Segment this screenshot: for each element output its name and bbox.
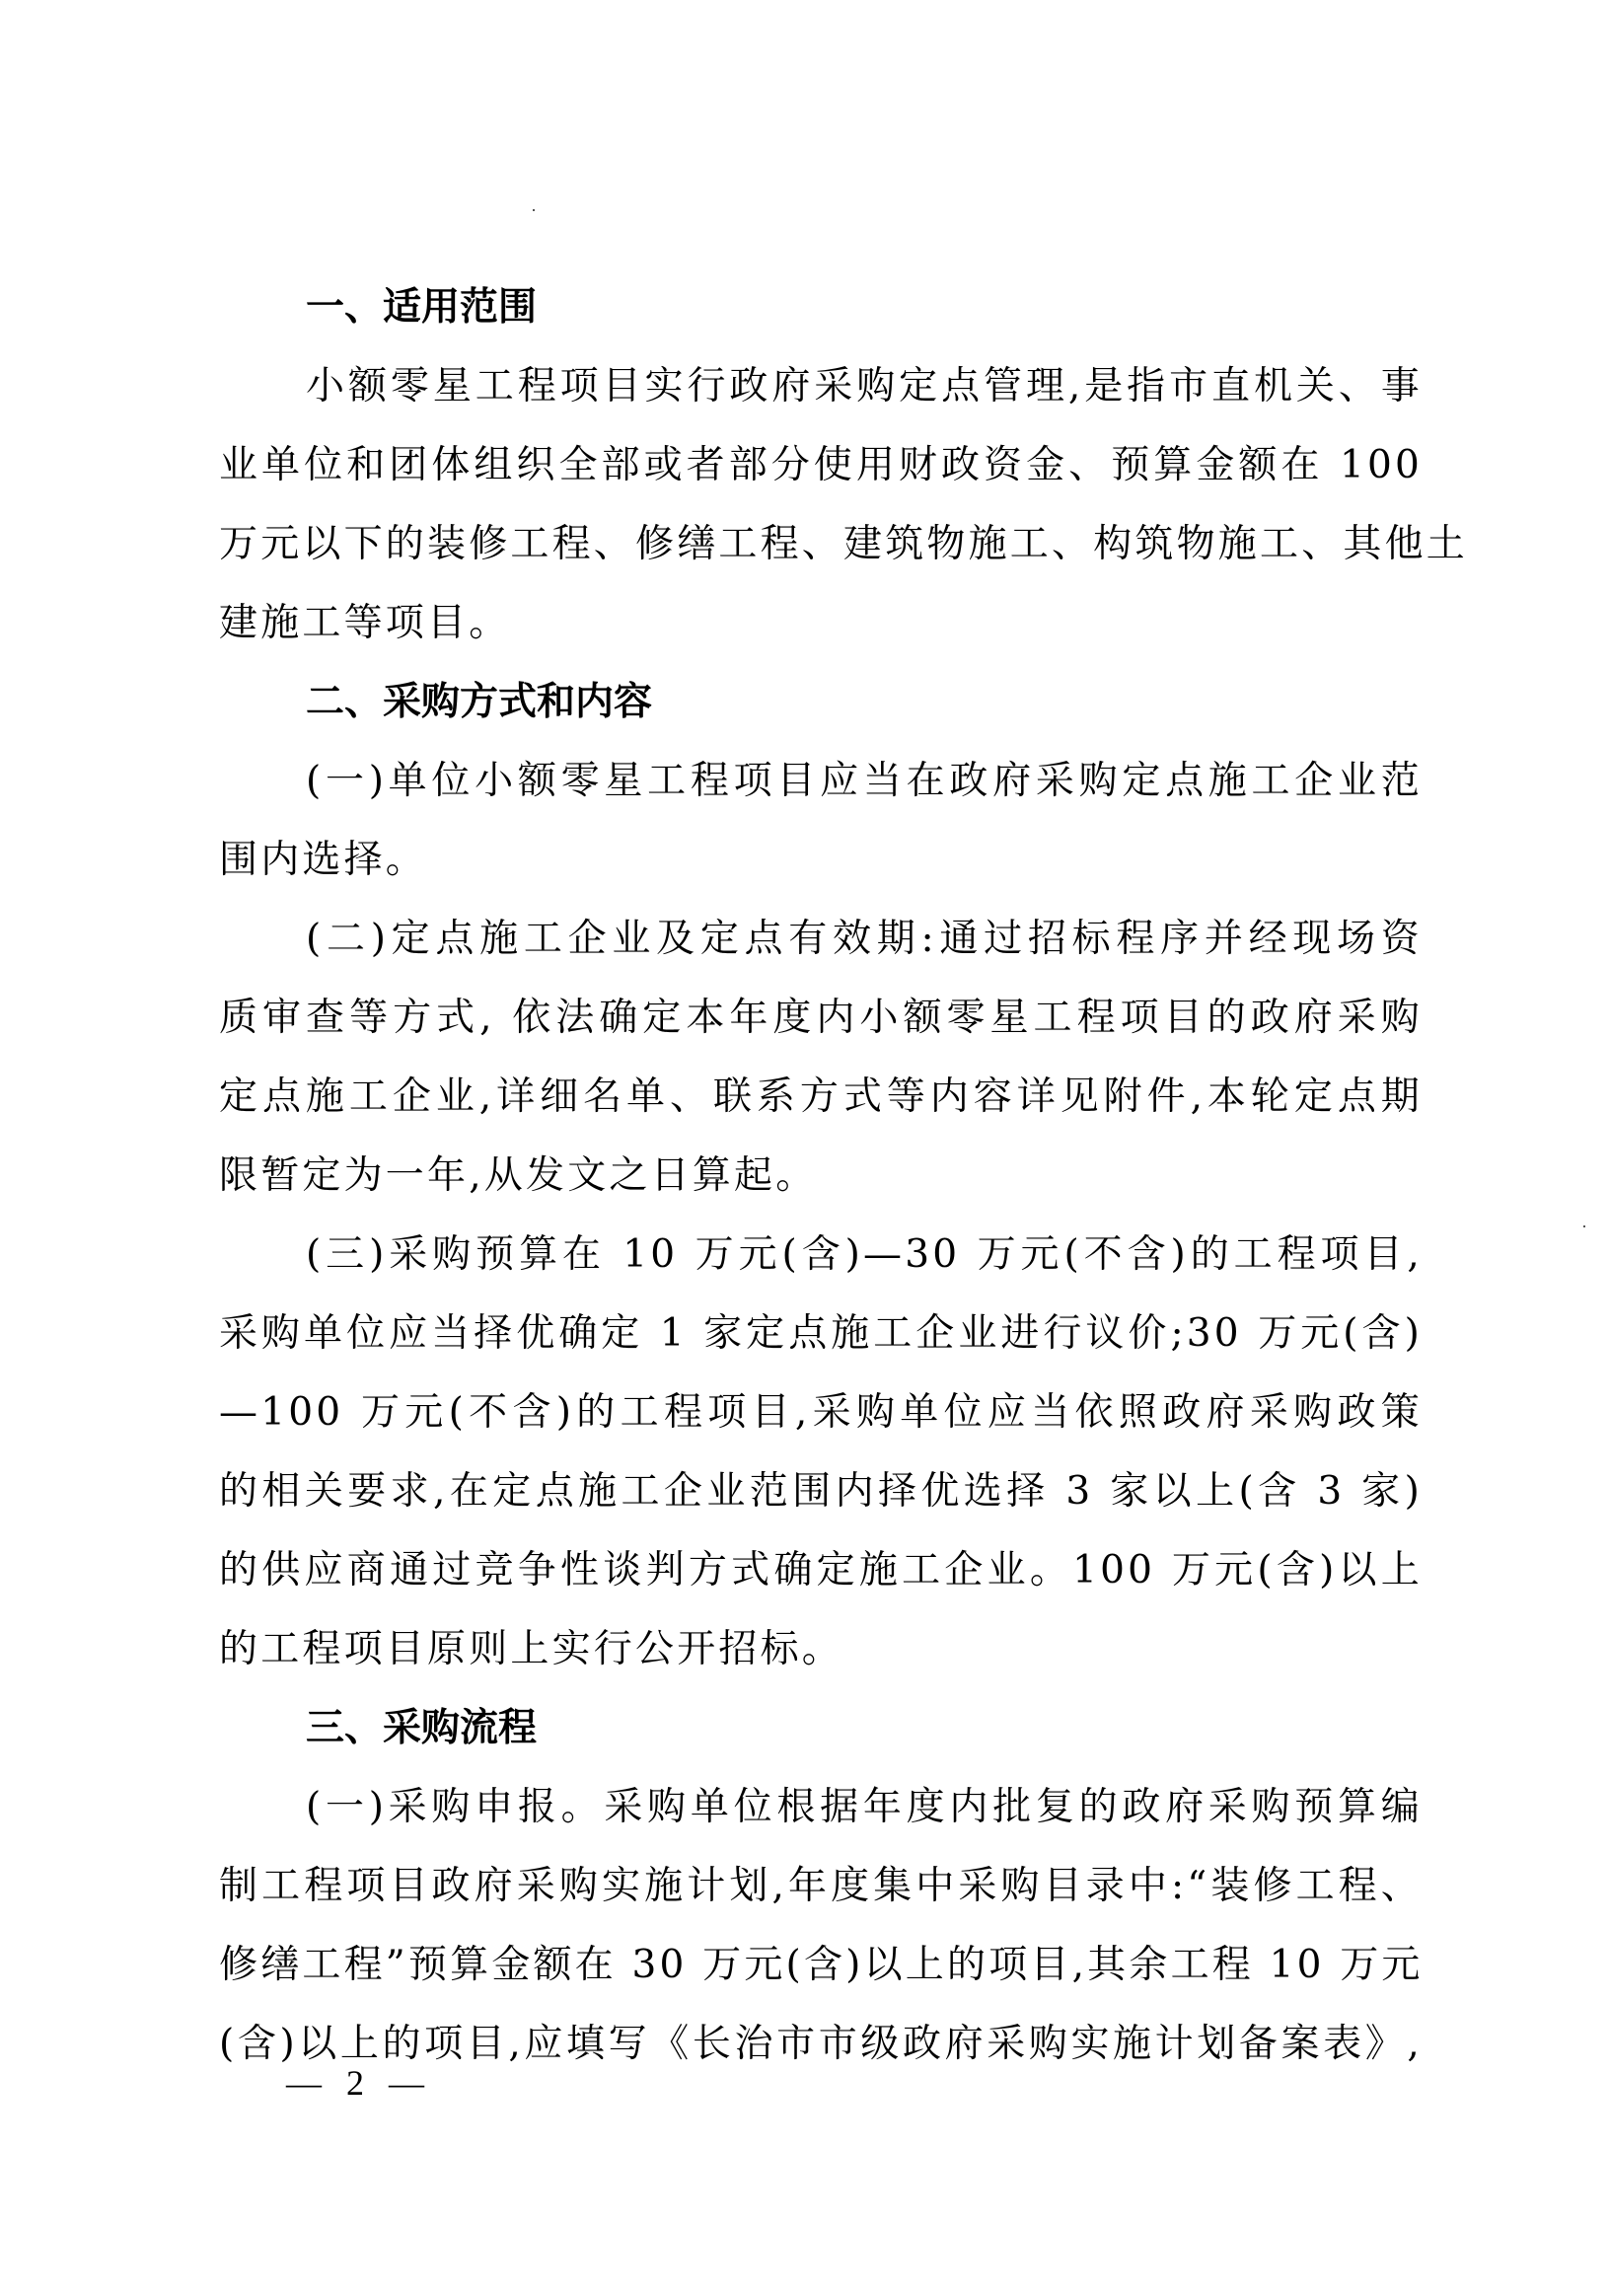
text-line: (一)采购申报。采购单位根据年度内批复的政府采购预算编 [219, 1768, 1423, 1847]
text-line: (二)定点施工企业及定点有效期:通过招标程序并经现场资 [219, 900, 1423, 979]
paragraph-item-2: (二)定点施工企业及定点有效期:通过招标程序并经现场资 质审查等方式, 依法确定… [219, 900, 1423, 1216]
scan-artifact [533, 209, 535, 211]
section-heading-procurement-process: 三、采购流程 [219, 1689, 1423, 1768]
scan-artifact [1583, 1225, 1585, 1227]
text-line: 质审查等方式, 依法确定本年度内小额零星工程项目的政府采购 [219, 979, 1423, 1058]
text-line: —100 万元(不含)的工程项目,采购单位应当依照政府采购政策 [219, 1373, 1423, 1452]
text-line: 的供应商通过竞争性谈判方式确定施工企业。100 万元(含)以上 [219, 1531, 1423, 1610]
text-line: 的工程项目原则上实行公开招标。 [219, 1610, 1423, 1689]
text-line: 围内选择。 [219, 821, 1423, 900]
paragraph-item-1: (一)单位小额零星工程项目应当在政府采购定点施工企业范 围内选择。 [219, 742, 1423, 900]
document-page: 一、适用范围 小额零星工程项目实行政府采购定点管理,是指市直机关、事 业单位和团… [219, 268, 1423, 2084]
text-line: 小额零星工程项目实行政府采购定点管理,是指市直机关、事 [219, 347, 1423, 426]
page-number: — 2 — [286, 2062, 432, 2104]
section-heading-procurement-method: 二、采购方式和内容 [219, 663, 1423, 742]
text-line: 采购单位应当择优确定 1 家定点施工企业进行议价;30 万元(含) [219, 1295, 1423, 1373]
text-line: 万元以下的装修工程、修缮工程、建筑物施工、构筑物施工、其他土 [219, 505, 1423, 584]
text-line: 业单位和团体组织全部或者部分使用财政资金、预算金额在 100 [219, 426, 1423, 505]
text-line: 修缮工程”预算金额在 30 万元(含)以上的项目,其余工程 10 万元 [219, 1926, 1423, 2005]
paragraph-item-3: (三)采购预算在 10 万元(含)—30 万元(不含)的工程项目, 采购单位应当… [219, 1216, 1423, 1689]
paragraph-procurement-application: (一)采购申报。采购单位根据年度内批复的政府采购预算编 制工程项目政府采购实施计… [219, 1768, 1423, 2084]
text-line: (三)采购预算在 10 万元(含)—30 万元(不含)的工程项目, [219, 1216, 1423, 1295]
section-heading-scope: 一、适用范围 [219, 268, 1423, 347]
text-line: 制工程项目政府采购实施计划,年度集中采购目录中:“装修工程、 [219, 1847, 1423, 1926]
paragraph-scope-definition: 小额零星工程项目实行政府采购定点管理,是指市直机关、事 业单位和团体组织全部或者… [219, 347, 1423, 663]
text-line: 建施工等项目。 [219, 584, 1423, 663]
text-line: 定点施工企业,详细名单、联系方式等内容详见附件,本轮定点期 [219, 1058, 1423, 1137]
text-line: 的相关要求,在定点施工企业范围内择优选择 3 家以上(含 3 家) [219, 1452, 1423, 1531]
text-line: (一)单位小额零星工程项目应当在政府采购定点施工企业范 [219, 742, 1423, 821]
text-line: 限暂定为一年,从发文之日算起。 [219, 1137, 1423, 1216]
